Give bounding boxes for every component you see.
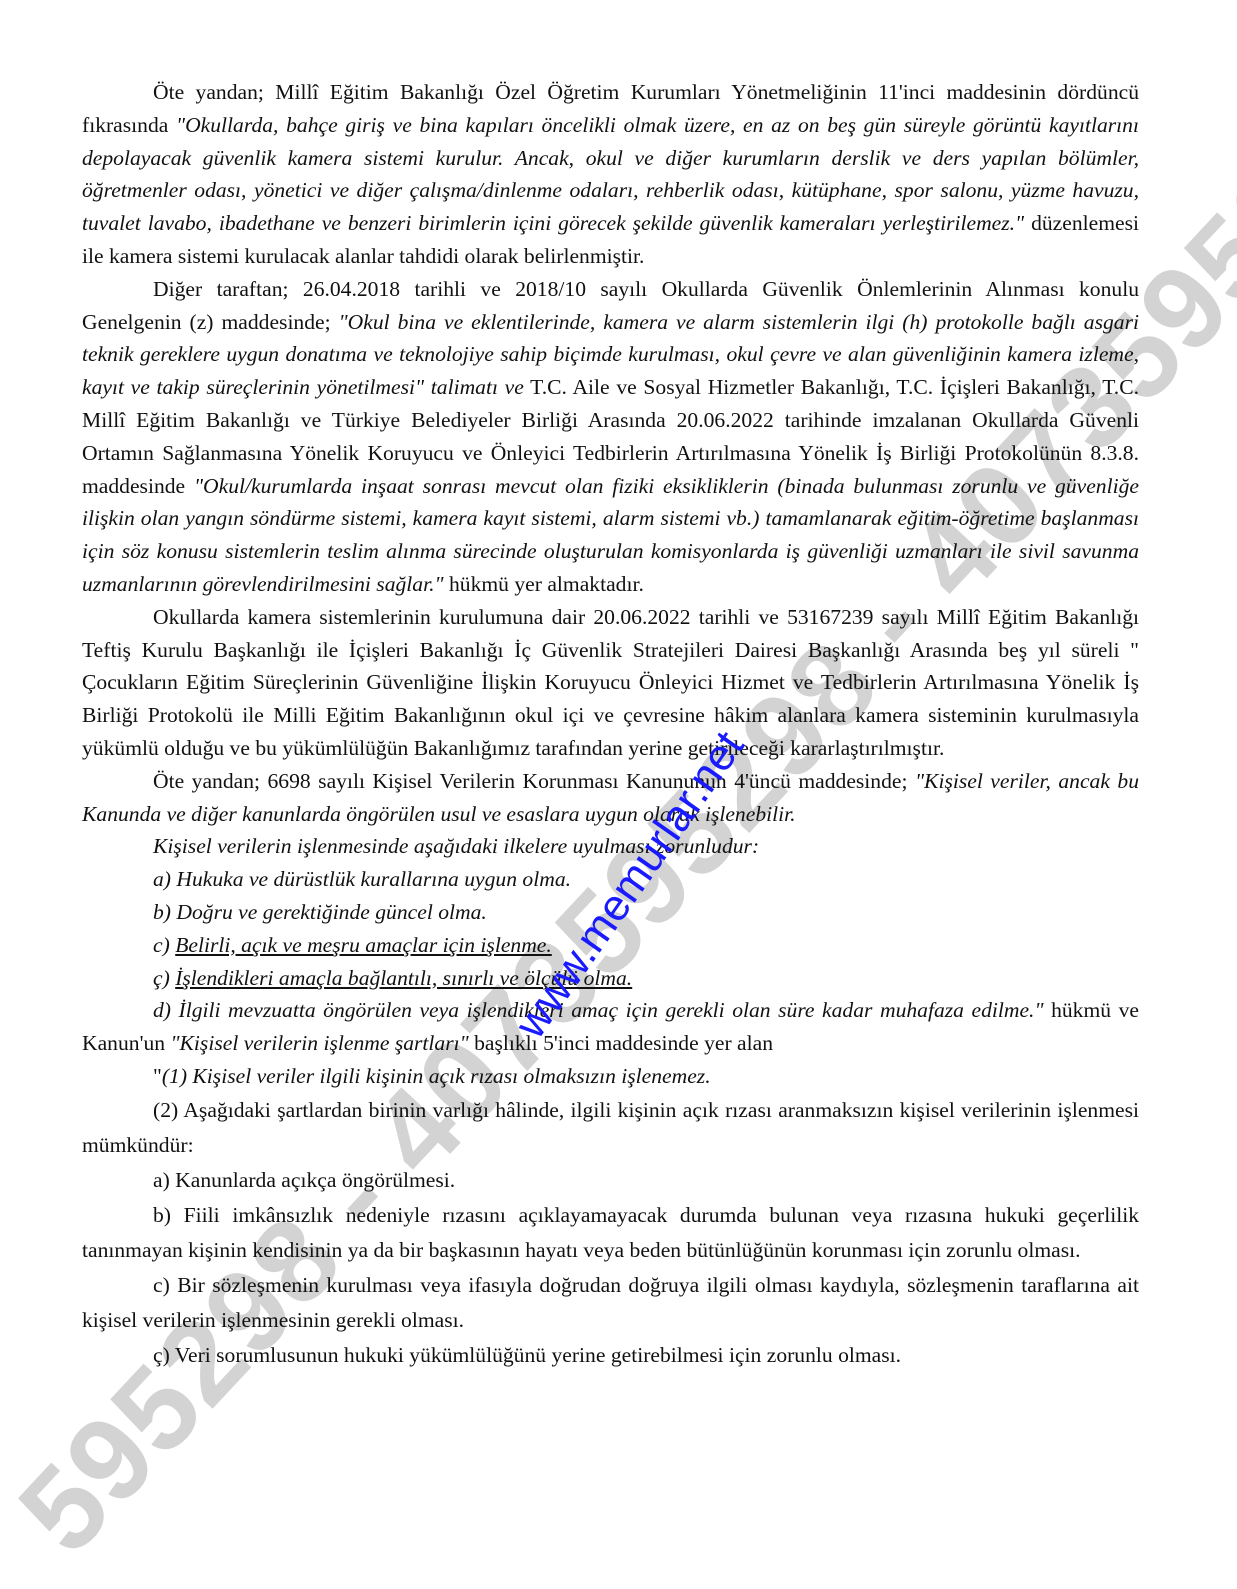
- text-run: (2) Aşağıdaki şartlardan birinin varlığı…: [82, 1098, 1139, 1157]
- list-item-condition-b: b) Fiili imkânsızlık nedeniyle rızasını …: [82, 1198, 1139, 1268]
- document-page: 595298 - 4073595298 - 4073595298 - 40735…: [0, 0, 1237, 1589]
- document-body: Öte yandan; Millî Eğitim Bakanlığı Özel …: [82, 76, 1139, 1373]
- text-run: ç): [153, 966, 175, 990]
- text-run: hükmü yer almaktadır.: [444, 572, 644, 596]
- text-run: a) Hukuka ve dürüstlük kurallarına uygun…: [153, 867, 571, 891]
- list-item-principle-cc: ç) İşlendikleri amaçla bağlantılı, sınır…: [82, 962, 1139, 995]
- text-run: ç) Veri sorumlusunun hukuki yükümlülüğün…: [153, 1343, 901, 1367]
- text-run: ": [153, 1064, 162, 1088]
- text-run: Belirli, açık ve meşru amaçlar için işle…: [175, 933, 552, 957]
- text-run: c) Bir sözleşmenin kurulması veya ifasıy…: [82, 1273, 1139, 1332]
- paragraph-article-5-clause-2: (2) Aşağıdaki şartlardan birinin varlığı…: [82, 1093, 1139, 1163]
- paragraph-circular-protocol: Diğer taraftan; 26.04.2018 tarihli ve 20…: [82, 273, 1139, 601]
- list-item-condition-c: c) Bir sözleşmenin kurulması veya ifasıy…: [82, 1268, 1139, 1338]
- list-item-condition-a: a) Kanunlarda açıkça öngörülmesi.: [82, 1163, 1139, 1198]
- paragraph-article-5-clause-1: "(1) Kişisel veriler ilgili kişinin açık…: [82, 1060, 1139, 1093]
- text-run: c): [153, 933, 175, 957]
- text-run: "Kişisel verilerin işlenme şartları": [170, 1031, 468, 1055]
- text-run: (1) Kişisel veriler ilgili kişinin açık …: [162, 1064, 711, 1088]
- text-run: b) Fiili imkânsızlık nedeniyle rızasını …: [82, 1203, 1139, 1262]
- paragraph-regulation-quote: Öte yandan; Millî Eğitim Bakanlığı Özel …: [82, 76, 1139, 273]
- list-item-condition-cc: ç) Veri sorumlusunun hukuki yükümlülüğün…: [82, 1338, 1139, 1373]
- text-run: a) Kanunlarda açıkça öngörülmesi.: [153, 1168, 455, 1192]
- text-run: Okullarda kamera sistemlerinin kurulumun…: [82, 605, 1139, 760]
- text-run: b) Doğru ve gerektiğinde güncel olma.: [153, 900, 487, 924]
- text-run: Öte yandan; 6698 sayılı Kişisel Verileri…: [153, 769, 915, 793]
- text-run: "Okullarda, bahçe giriş ve bina kapıları…: [82, 113, 1139, 235]
- paragraph-kvkk-article-4: Öte yandan; 6698 sayılı Kişisel Verileri…: [82, 765, 1139, 831]
- list-item-principle-d: d) İlgili mevzuatta öngörülen veya işlen…: [82, 994, 1139, 1060]
- paragraph-principles-intro: Kişisel verilerin işlenmesinde aşağıdaki…: [82, 830, 1139, 863]
- paragraph-protocol-2022: Okullarda kamera sistemlerinin kurulumun…: [82, 601, 1139, 765]
- text-run: d) İlgili mevzuatta öngörülen veya işlen…: [153, 998, 1044, 1022]
